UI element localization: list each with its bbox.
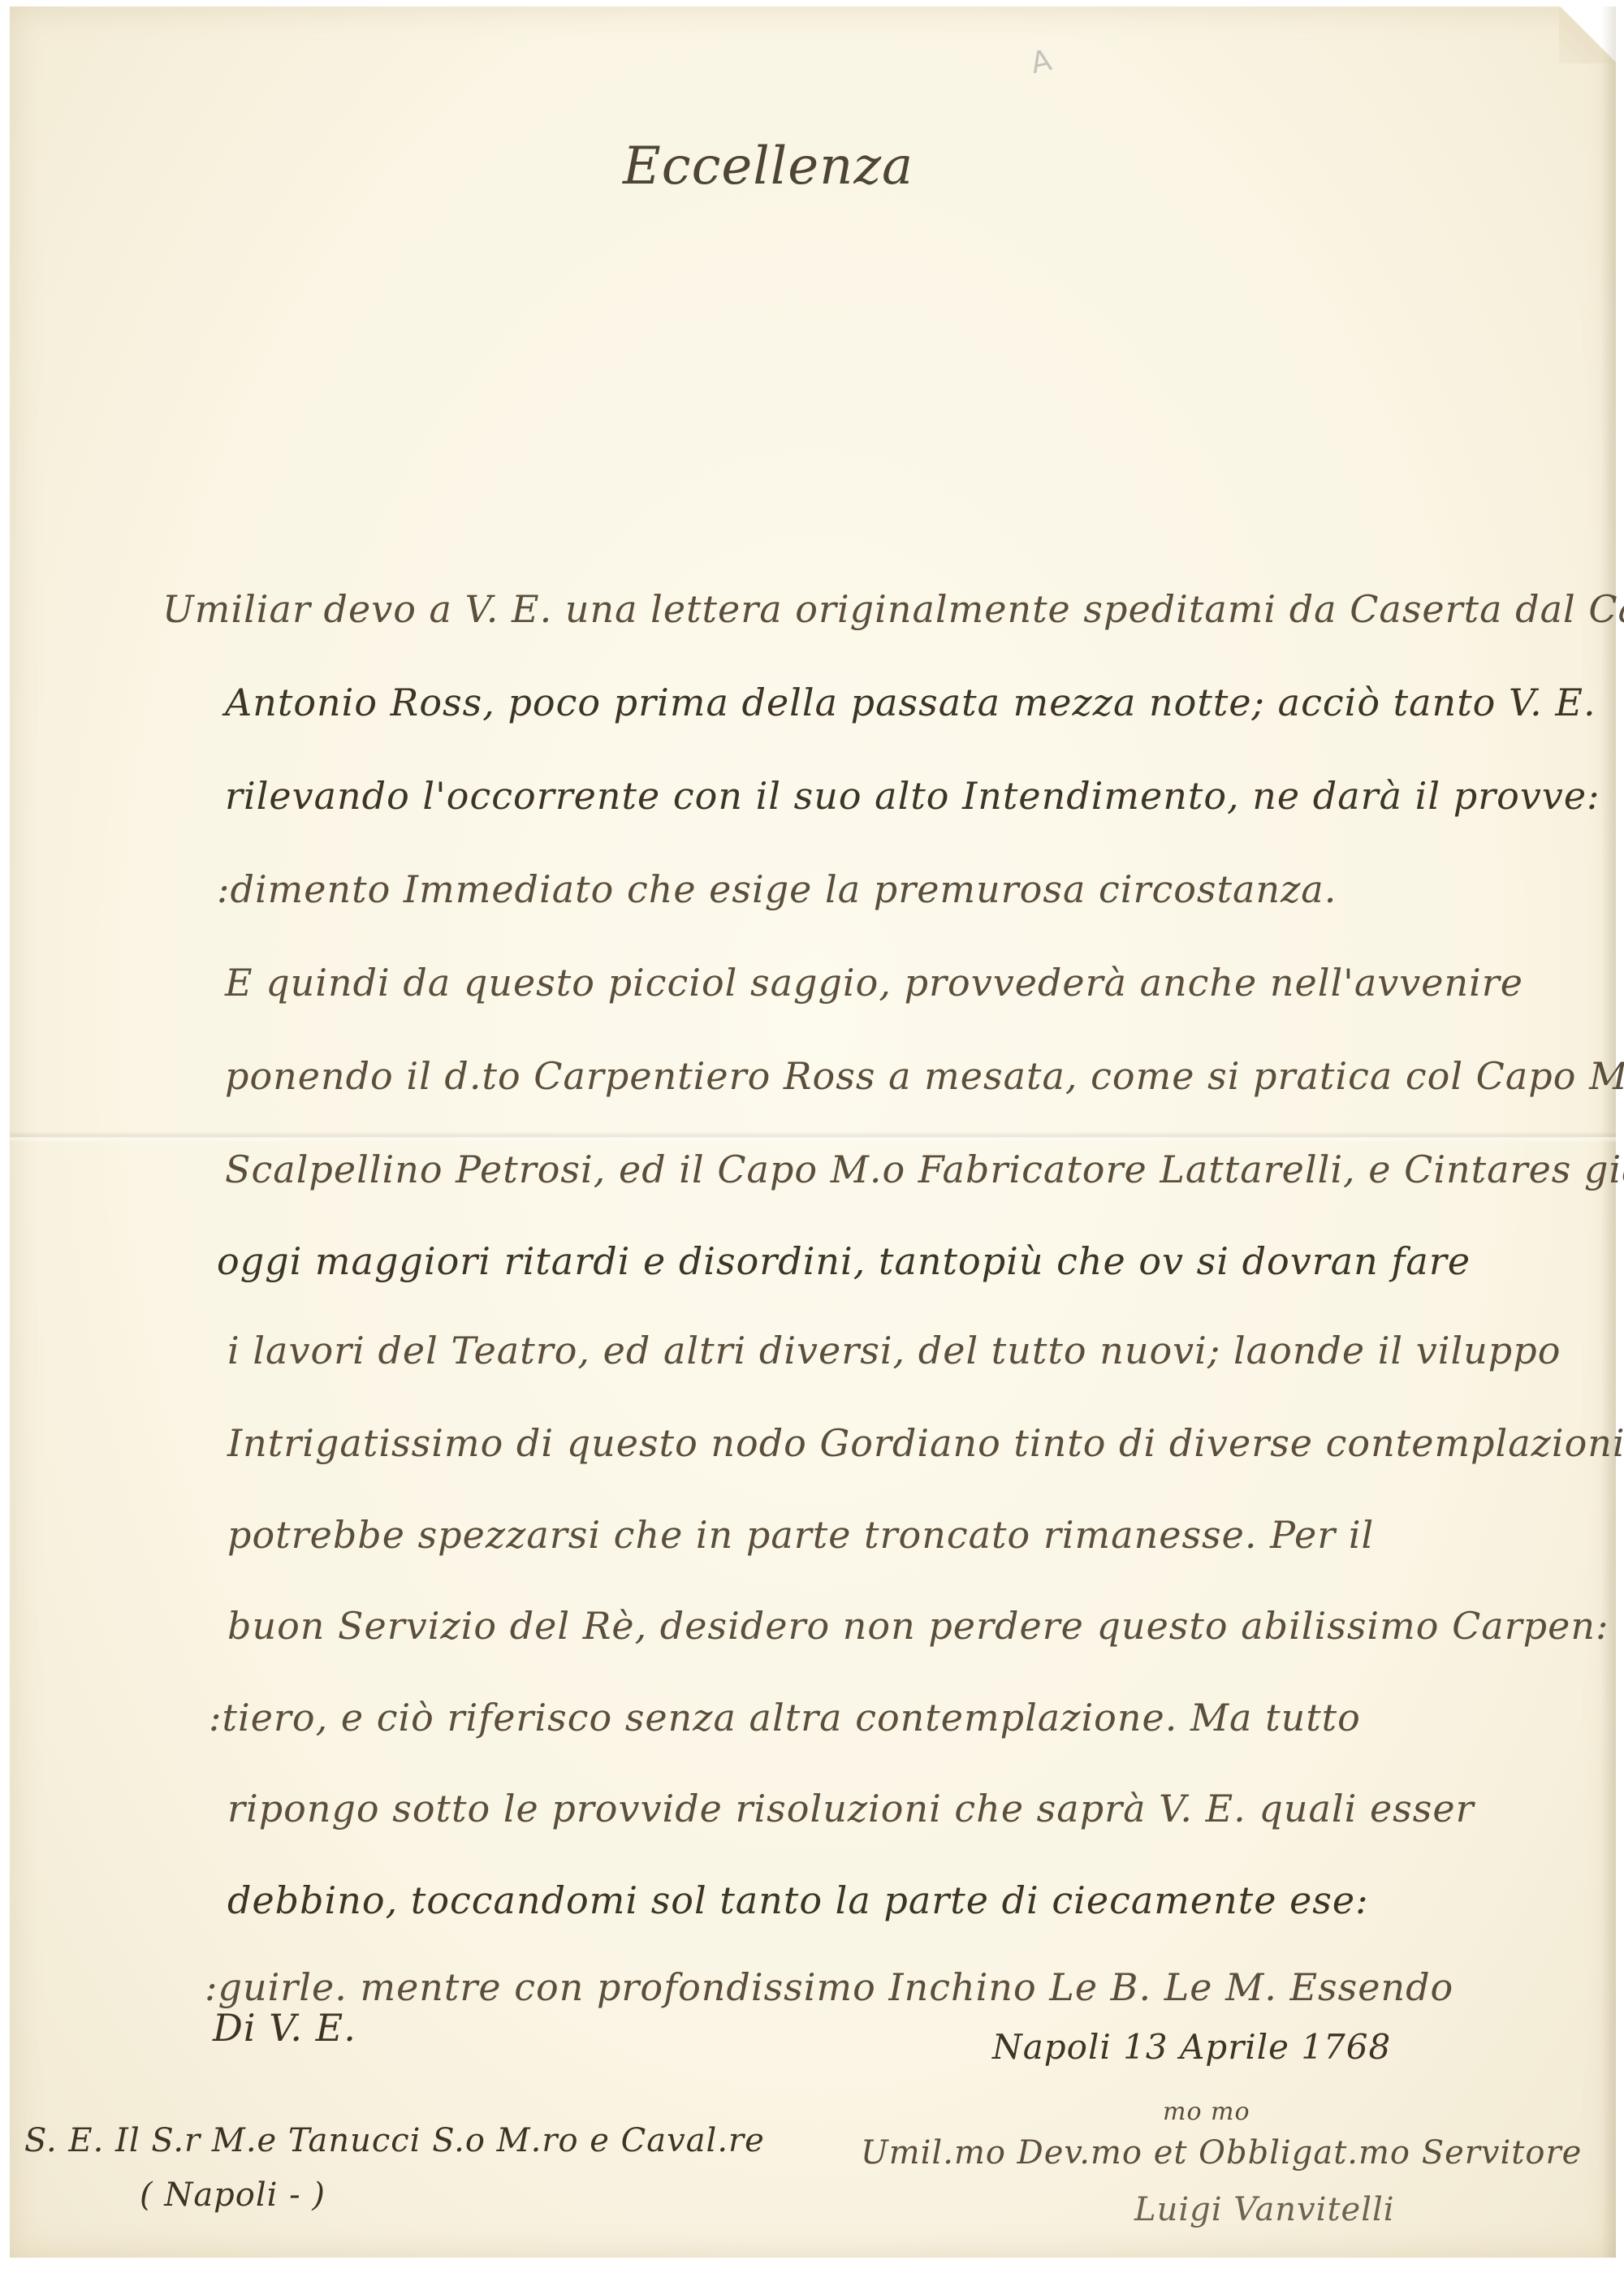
date-place: Napoli 13 Aprile 1768 bbox=[992, 2027, 1391, 2067]
paper-fold-line bbox=[10, 1131, 1616, 1143]
body-line: ripongo sotto le provvide risoluzioni ch… bbox=[227, 1787, 1475, 1830]
body-line: E quindi da questo picciol saggio, provv… bbox=[225, 961, 1523, 1005]
body-line: :guirle. mentre con profondissimo Inchin… bbox=[205, 1965, 1453, 2009]
body-line: :tiero, e ciò riferisco senza altra cont… bbox=[209, 1696, 1361, 1740]
body-line: i lavori del Teatro, ed altri diversi, d… bbox=[227, 1329, 1561, 1372]
body-line: rilevando l'occorrente con il suo alto I… bbox=[225, 774, 1600, 818]
letter-paper: A Eccellenza Umiliar devo a V. E. una le… bbox=[10, 6, 1616, 2258]
body-line: Intrigatissimo di questo nodo Gordiano t… bbox=[227, 1421, 1624, 1465]
closing-di-ve: Di V. E. bbox=[213, 2006, 356, 2050]
body-line: :dimento Immediato che esige la premuros… bbox=[217, 867, 1337, 911]
address-line-2: ( Napoli - ) bbox=[140, 2176, 326, 2214]
body-line: Umiliar devo a V. E. una lettera origina… bbox=[162, 587, 1624, 631]
body-line: debbino, toccandomi sol tanto la parte d… bbox=[227, 1878, 1369, 1922]
body-line: potrebbe spezzarsi che in parte troncato… bbox=[227, 1513, 1374, 1557]
signature-name: Luigi Vanvitelli bbox=[1134, 2191, 1395, 2228]
body-line: oggi maggiori ritardi e disordini, tanto… bbox=[217, 1239, 1471, 1283]
signature-formula: Umil.mo Dev.mo et Obbligat.mo Servitore bbox=[861, 2134, 1582, 2172]
address-line-1: S. E. Il S.r M.e Tanucci S.o M.ro e Cava… bbox=[24, 2122, 765, 2159]
body-line: ponendo il d.to Carpentiero Ross a mesat… bbox=[225, 1054, 1624, 1098]
signature-superscripts: mo mo bbox=[1163, 2098, 1250, 2126]
body-line: buon Servizio del Rè, desidero non perde… bbox=[227, 1604, 1609, 1648]
salutation: Eccellenza bbox=[623, 136, 914, 197]
archival-pencil-mark: A bbox=[1028, 44, 1055, 80]
body-line: Antonio Ross, poco prima della passata m… bbox=[225, 681, 1596, 724]
body-line: Scalpellino Petrosi, ed il Capo M.o Fabr… bbox=[225, 1147, 1624, 1191]
